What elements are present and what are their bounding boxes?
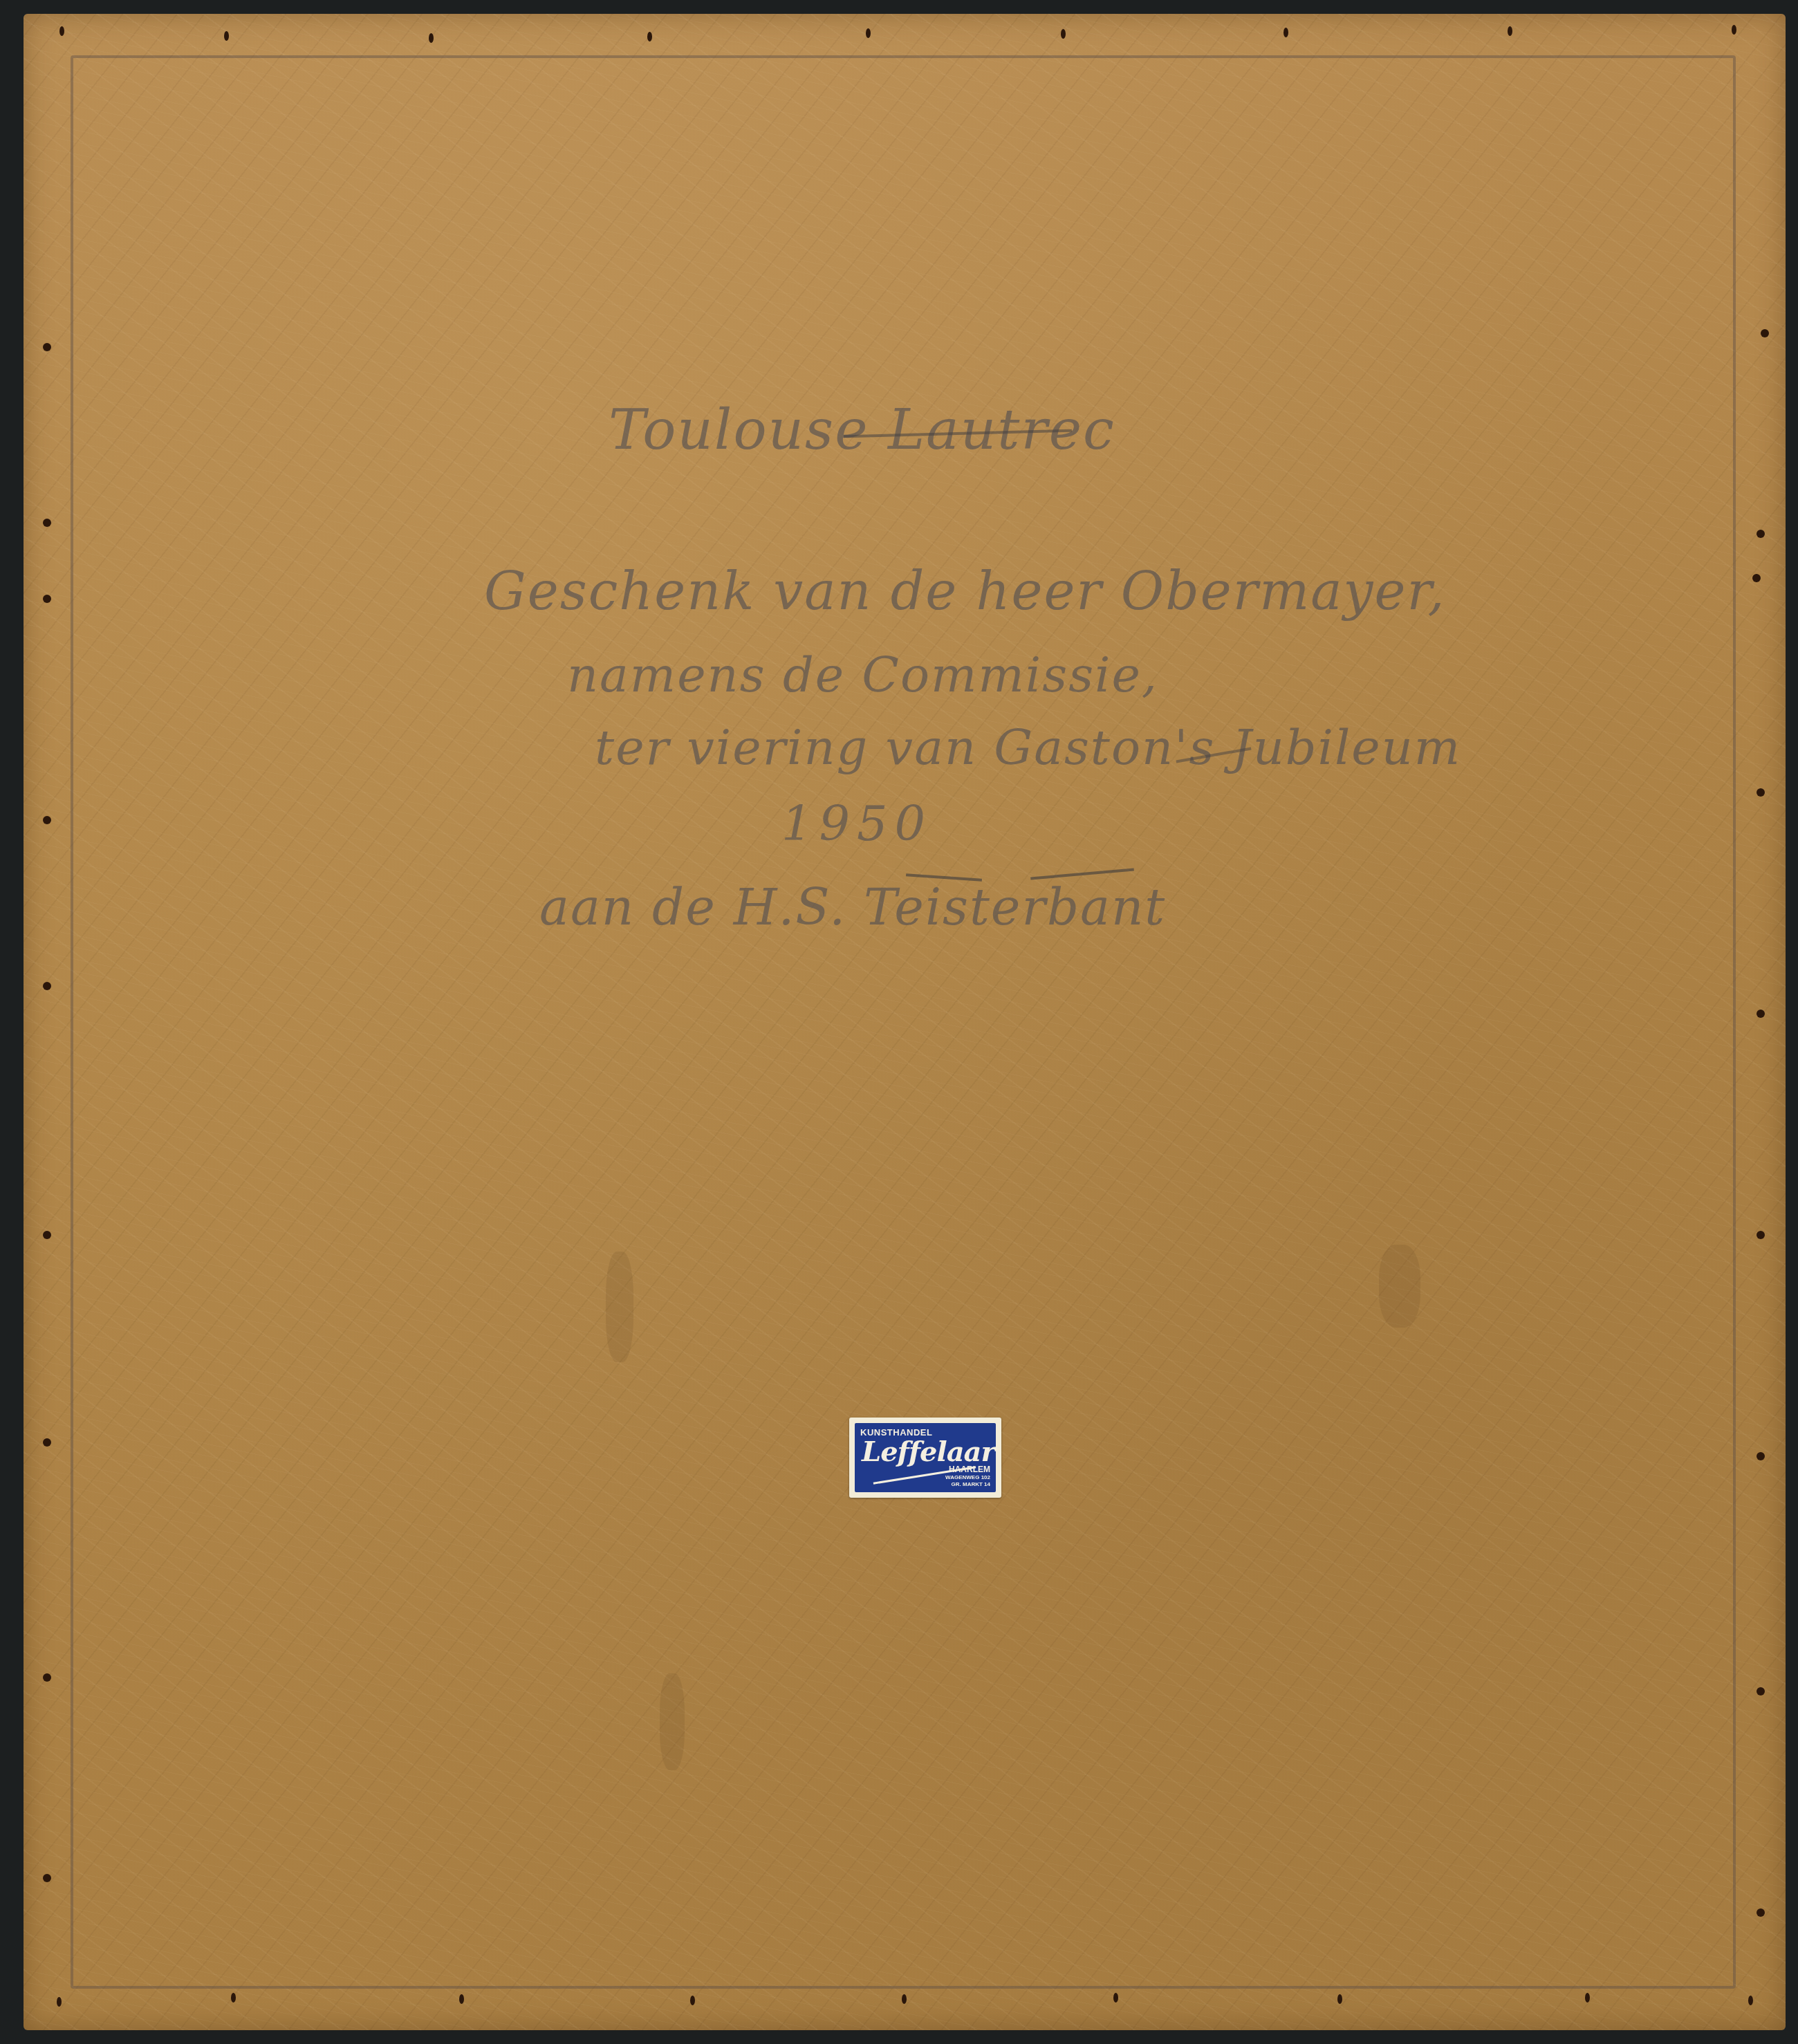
nail-hole bbox=[647, 32, 652, 41]
nail-hole bbox=[1732, 25, 1736, 35]
nail-hole bbox=[57, 1997, 62, 2007]
dealer-label-panel: KUNSTHANDEL Leffelaar HAARLEM WAGENWEG 1… bbox=[855, 1423, 996, 1492]
nail-hole bbox=[43, 1438, 51, 1447]
nail-hole bbox=[224, 31, 229, 41]
water-stain bbox=[606, 1252, 633, 1362]
nail-hole bbox=[429, 33, 434, 43]
nail-hole bbox=[1757, 1687, 1765, 1695]
nail-hole bbox=[43, 982, 51, 990]
nail-hole bbox=[1061, 29, 1066, 39]
water-stain bbox=[660, 1673, 685, 1770]
hardboard-panel bbox=[24, 14, 1786, 2030]
inscription-line-5: aan de H.S. Teisterbant bbox=[539, 878, 1166, 936]
pencil-frame-border bbox=[71, 55, 1736, 1989]
nail-hole bbox=[43, 595, 51, 603]
nail-hole bbox=[1113, 1993, 1118, 2003]
nail-hole bbox=[866, 28, 871, 38]
nail-hole bbox=[1757, 1010, 1765, 1018]
nail-hole bbox=[1757, 1908, 1765, 1917]
nail-hole bbox=[43, 1673, 51, 1682]
nail-hole bbox=[1757, 1231, 1765, 1239]
nail-hole bbox=[902, 1994, 907, 2004]
inscription-line-2: namens de Commissie, bbox=[567, 647, 1158, 703]
dealer-label-address-2: GR. MARKT 14 bbox=[952, 1481, 990, 1487]
dealer-label-brand: Leffelaar bbox=[862, 1436, 995, 1468]
nail-hole bbox=[59, 26, 64, 36]
dealer-label-city: HAARLEM bbox=[949, 1465, 990, 1474]
nail-hole bbox=[1757, 530, 1765, 538]
dealer-label-address-1: WAGENWEG 102 bbox=[945, 1474, 990, 1480]
inscription-year: 1950 bbox=[781, 795, 932, 852]
nail-hole bbox=[1283, 28, 1288, 37]
nail-hole bbox=[43, 519, 51, 527]
nail-hole bbox=[1508, 26, 1512, 36]
nail-hole bbox=[1337, 1994, 1342, 2004]
dealer-label: KUNSTHANDEL Leffelaar HAARLEM WAGENWEG 1… bbox=[849, 1418, 1001, 1498]
nail-hole bbox=[1748, 1996, 1753, 2005]
nail-hole bbox=[690, 1996, 695, 2005]
inscription-line-1: Geschenk van de heer Obermayer, bbox=[484, 560, 1446, 622]
nail-hole bbox=[43, 1231, 51, 1239]
nail-hole bbox=[1757, 1452, 1765, 1460]
nail-hole bbox=[43, 1874, 51, 1882]
nail-hole bbox=[43, 816, 51, 824]
nail-hole bbox=[1757, 788, 1765, 797]
nail-hole bbox=[1761, 329, 1769, 337]
nail-hole bbox=[43, 343, 51, 351]
water-stain bbox=[1379, 1245, 1420, 1328]
nail-hole bbox=[1752, 574, 1761, 582]
nail-hole bbox=[1585, 1993, 1590, 2003]
inscription-line-3: ter viering van Gaston's Jubileum bbox=[595, 719, 1461, 776]
nail-hole bbox=[459, 1994, 464, 2004]
nail-hole bbox=[231, 1993, 236, 2003]
